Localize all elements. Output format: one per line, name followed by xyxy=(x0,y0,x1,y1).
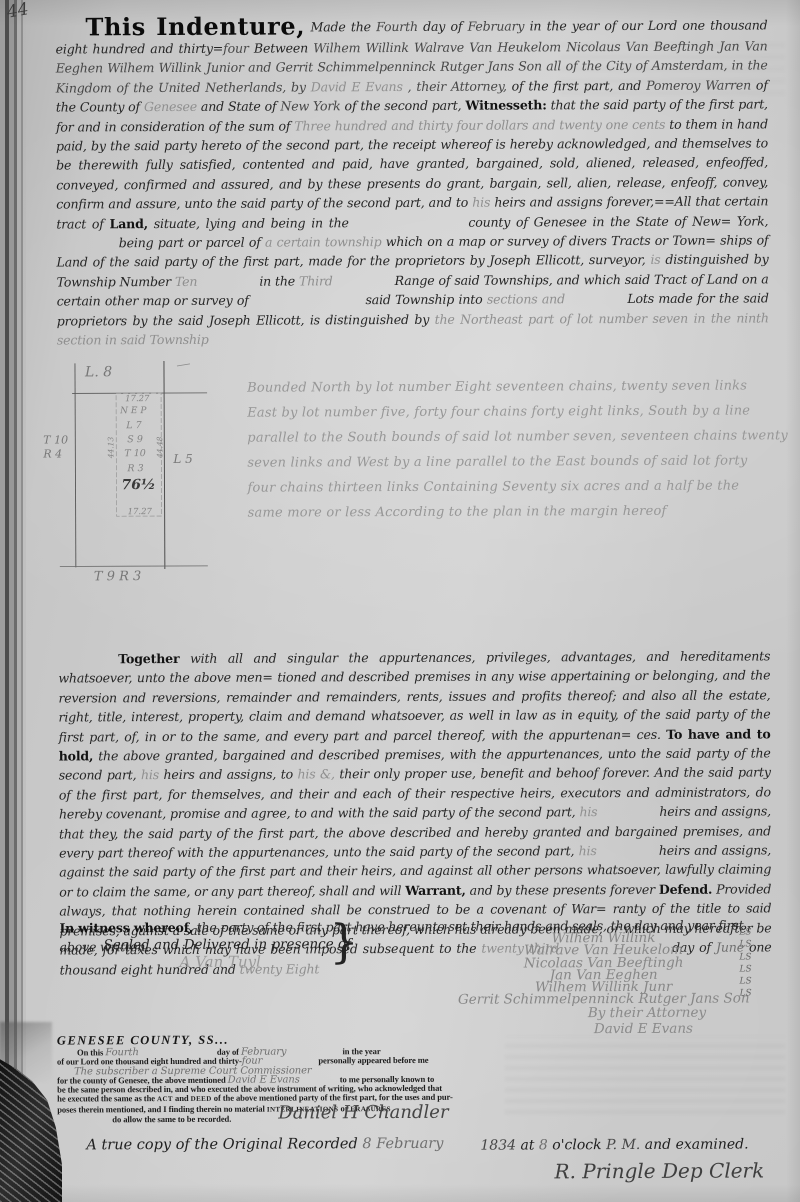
plot-label-t10-margin: T 10 xyxy=(43,433,68,446)
seal-mark: LS xyxy=(739,927,751,937)
plot-label-top-dim: 17.27 xyxy=(125,394,150,404)
text-segment: ACT xyxy=(157,1095,173,1103)
text-segment: Defend. xyxy=(659,882,712,897)
text-segment: o'clock xyxy=(548,1137,606,1153)
plot-label-t9r3: T 9 R 3 xyxy=(94,569,141,584)
signature-row: Gerrit Schimmelpenninck Rutger Jans Son … xyxy=(454,988,754,1002)
text-segment: and xyxy=(173,1093,191,1103)
text-segment: poses therein mentioned, and I finding t… xyxy=(57,1103,267,1114)
bounds-line: parallel to the South bounds of said lot… xyxy=(247,423,787,450)
text-segment: February xyxy=(468,18,525,33)
plot-label-west-dim: 44.13 xyxy=(106,437,115,460)
sealed-clause: Sealed and Delivered in presence of xyxy=(103,936,351,953)
text-segment: his xyxy=(141,767,159,782)
text-segment: four xyxy=(223,41,249,56)
text-segment: New York xyxy=(280,98,340,113)
text-segment: In witness whereof, xyxy=(59,920,192,936)
plot-tick xyxy=(177,364,190,366)
bounds-line: four chains thirteen links Containing Se… xyxy=(247,473,787,500)
grantor-signatures: Wilhem Willink LS Walrave Van Heukelom L… xyxy=(453,926,753,1001)
text-segment: Warrant, xyxy=(405,883,465,898)
plot-label-l7: L 7 xyxy=(125,420,142,431)
bounds-line: same more or less According to the plan … xyxy=(248,498,788,525)
text-segment: his &, xyxy=(297,767,334,782)
seal-mark: LS xyxy=(739,940,751,950)
seal-mark: LS xyxy=(739,977,751,987)
text-segment: Fourth xyxy=(376,19,418,34)
text-segment: , their Attorney, xyxy=(403,78,512,93)
deed-document: This Indenture, Made the Fourth day of F… xyxy=(0,0,800,1202)
text-segment: Pomeroy Warren xyxy=(646,77,751,92)
bounds-line: seven links and West by a line parallel … xyxy=(247,448,787,475)
plot-label-lot8: L. 8 xyxy=(84,364,112,380)
plot-east-line xyxy=(164,361,165,569)
text-segment: said Township into xyxy=(361,292,487,308)
text-segment: being part or parcel of xyxy=(114,235,265,251)
text-segment: situate, lying and being in the xyxy=(148,215,355,231)
survey-plot: L. 8 17.27 N E P L 7 S 9 T 10 R 3 76½ 17… xyxy=(27,353,238,594)
text-segment: Land, xyxy=(109,216,147,231)
seal-mark: LS xyxy=(740,989,752,999)
text-segment: of the first part, and xyxy=(512,78,646,94)
text-segment: county of Genesee in the State of New= Y… xyxy=(463,213,769,229)
plot-south-line xyxy=(60,566,208,567)
text-segment: Third xyxy=(299,273,333,288)
text-segment: Together xyxy=(118,651,179,666)
recording-time: 1834 at 8 o'clock P. M. and examined. xyxy=(480,1136,748,1153)
text-segment: sections and xyxy=(487,292,565,307)
text-segment: at xyxy=(516,1137,539,1153)
text-segment: Between xyxy=(249,40,314,55)
text-segment: DEED xyxy=(191,1095,212,1103)
text-segment: his xyxy=(472,195,490,210)
commissioner-signature: Daniel H Chandler xyxy=(278,1102,448,1124)
text-segment: 8 February xyxy=(362,1136,443,1152)
ink-bleed-through xyxy=(505,1036,785,1114)
text-segment: in the xyxy=(255,273,299,288)
plot-label-r3-inner: R 3 xyxy=(126,463,143,474)
plot-label-r4-margin: R 4 xyxy=(42,447,62,460)
text-segment: is xyxy=(650,252,660,267)
text-segment: he executed the same as the xyxy=(57,1094,157,1104)
recording-statement: A true copy of the Original Recorded 8 F… xyxy=(86,1136,443,1154)
text-segment: personally appeared before me xyxy=(318,1055,428,1065)
attorney-signature: David E Evans xyxy=(594,1021,693,1037)
plot-label-t10-inner: T 10 xyxy=(124,448,146,459)
text-segment: of the second part, xyxy=(341,98,466,114)
plot-label-acreage: 76½ xyxy=(121,477,155,493)
text-segment: and examined. xyxy=(640,1136,748,1152)
survey-bounds-description: Bounded North by lot number Eight sevent… xyxy=(0,0,797,2)
plot-label-s9: S 9 xyxy=(127,434,143,445)
text-segment: a certain township xyxy=(265,234,381,250)
text-segment: 1834 xyxy=(480,1137,516,1153)
text-segment: day of xyxy=(418,19,468,34)
text-segment: his xyxy=(579,804,597,819)
plot-label-bottom-dim: 17.27 xyxy=(128,507,153,517)
text-segment: This Indenture, xyxy=(85,11,305,41)
plot-label-east-dim: 44.48 xyxy=(155,436,164,459)
seal-mark: LS xyxy=(739,952,751,962)
deed-page: 44 This Indenture, Made the Fourth day o… xyxy=(0,0,800,1202)
text-segment: Ten xyxy=(175,274,197,289)
witness-brace: } xyxy=(329,914,359,968)
text-segment: Witnesseth: xyxy=(465,98,546,113)
bounds-line: East by lot number five, forty four chai… xyxy=(247,398,787,425)
plot-west-line xyxy=(75,363,76,567)
text-segment: Made the xyxy=(305,19,376,34)
clerk-signature: R. Pringle Dep Clerk xyxy=(554,1158,764,1183)
plot-label-lot5: L 5 xyxy=(172,452,192,466)
bounds-line: Bounded North by lot number Eight sevent… xyxy=(247,373,787,400)
text-segment: Three hundred and thirty four dollars an… xyxy=(294,116,665,133)
attorney-line: By their Attorney xyxy=(588,1005,706,1022)
opening-paragraph: This Indenture, Made the Fourth day of F… xyxy=(55,12,768,350)
text-segment: David E Evans xyxy=(311,79,403,94)
text-segment: and State of xyxy=(197,99,280,114)
witness-signature: A Van Tuyl xyxy=(180,953,261,971)
text-segment: Genesee xyxy=(144,99,197,114)
text-segment: A true copy of the Original Recorded xyxy=(86,1136,362,1153)
text-segment: his xyxy=(579,843,597,858)
text-segment: P. M. xyxy=(606,1137,640,1153)
text-segment: and by these presents forever xyxy=(466,882,659,898)
text-segment: heirs and assigns, to xyxy=(159,767,298,783)
seal-mark: LS xyxy=(739,964,751,974)
text-segment: do allow the same to be recorded. xyxy=(112,1114,231,1125)
plot-label-nep: N E P xyxy=(119,406,147,416)
